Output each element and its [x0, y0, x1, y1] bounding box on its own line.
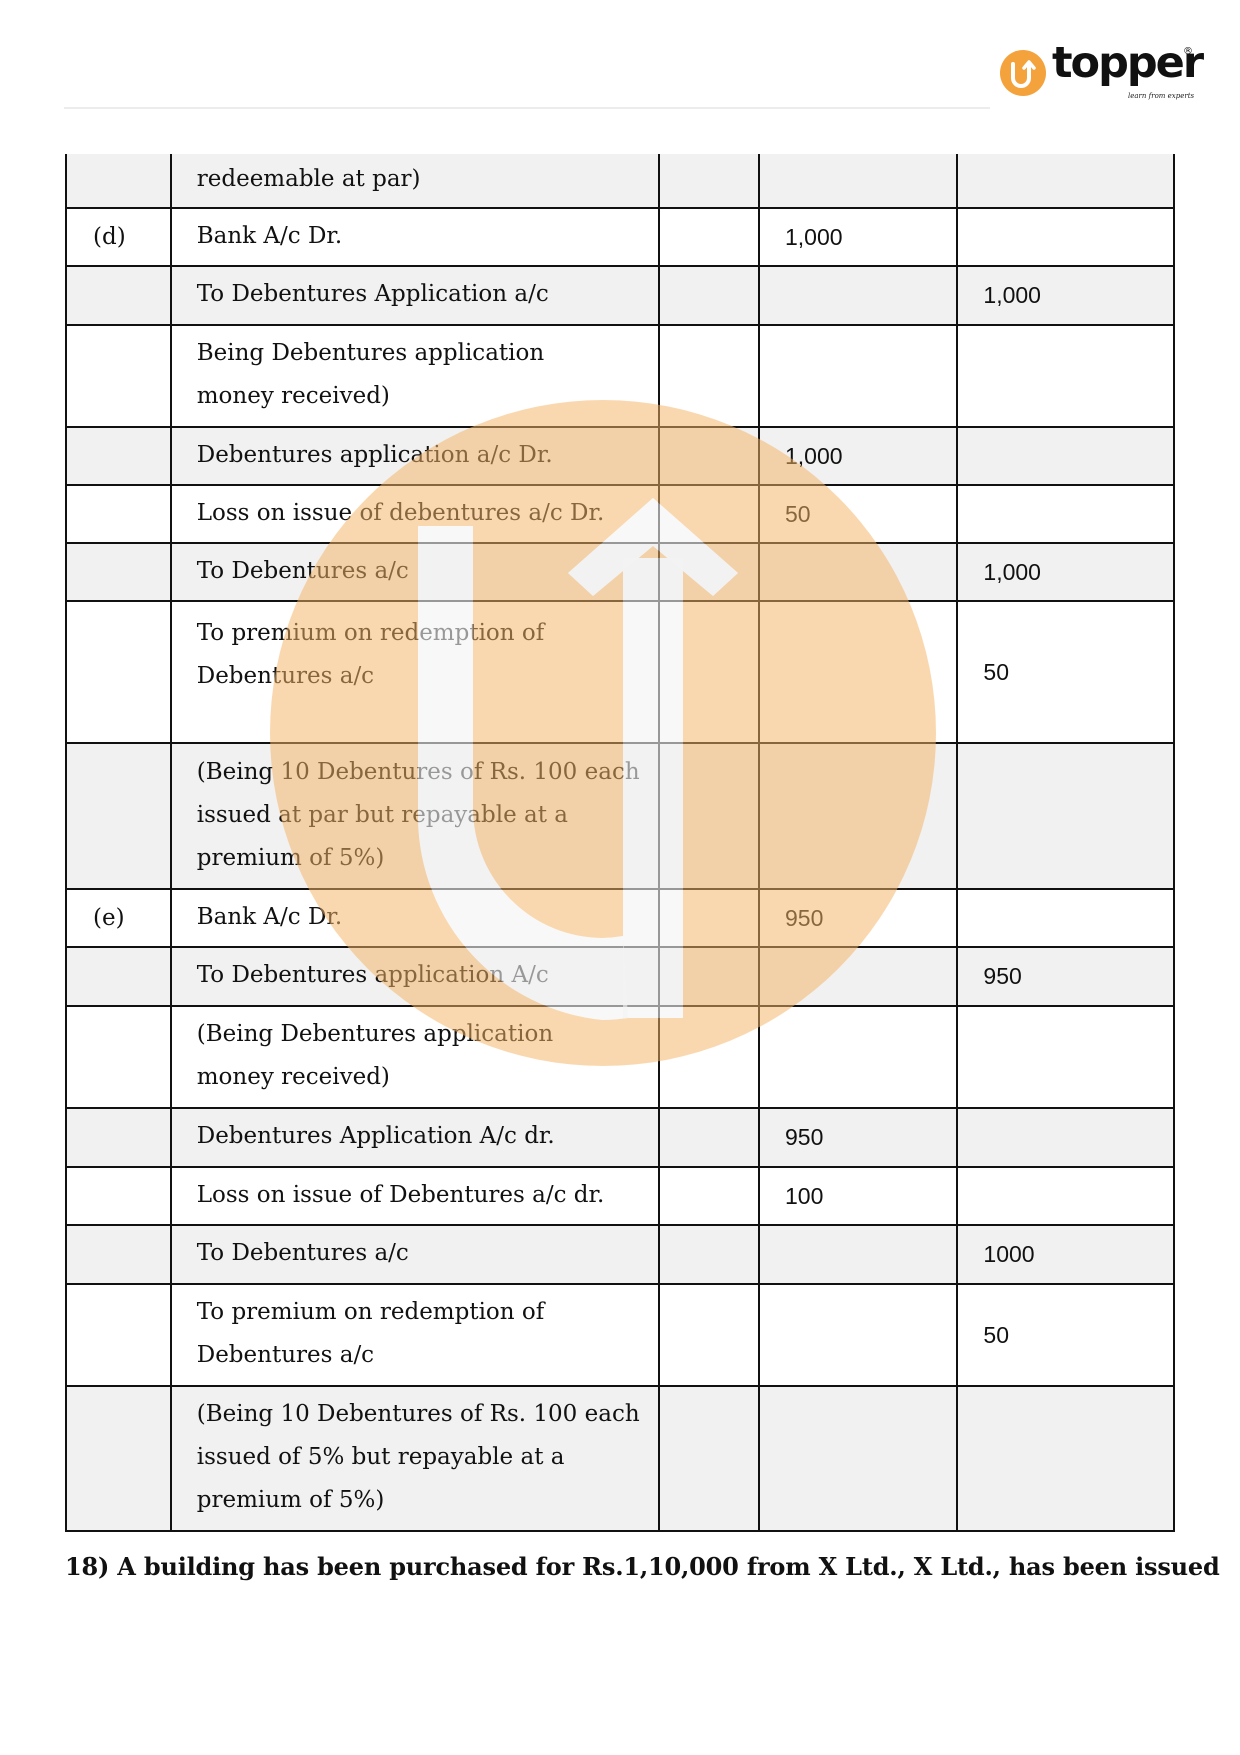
particulars-line: Bank A/c Dr. [197, 896, 659, 939]
ledger-folio-cell [659, 1108, 759, 1167]
credit-amount-cell [957, 1167, 1174, 1225]
entry-label-cell [66, 325, 171, 427]
particulars-line: To premium on redemption of [197, 1291, 659, 1334]
particulars-line: issued at par but repayable at a [197, 794, 659, 837]
particulars-line: (Being Debentures application [197, 1013, 659, 1056]
ledger-folio-cell [659, 1006, 759, 1108]
credit-amount-cell [957, 1386, 1174, 1531]
entry-label-cell [66, 601, 171, 743]
u-arrow-logo-icon [1000, 50, 1046, 96]
table-row: To premium on redemption ofDebentures a/… [66, 601, 1174, 743]
debit-amount-cell: 100 [759, 1167, 957, 1225]
particulars-cell: (Being Debentures applicationmoney recei… [171, 1006, 660, 1108]
particulars-cell: Being Debentures applicationmoney receiv… [171, 325, 660, 427]
particulars-line: premium of 5%) [197, 1479, 659, 1522]
ledger-folio-cell [659, 208, 759, 266]
particulars-cell: To Debentures a/c [171, 543, 660, 601]
entry-label-cell [66, 1006, 171, 1108]
debit-amount-cell: 1,000 [759, 208, 957, 266]
entry-label-cell [66, 947, 171, 1006]
particulars-line: redeemable at par) [197, 158, 659, 201]
particulars-line: To Debentures Application a/c [197, 273, 659, 316]
particulars-line: Debentures Application A/c dr. [197, 1115, 659, 1158]
credit-amount-cell [957, 889, 1174, 947]
entry-label-cell: (d) [66, 208, 171, 266]
particulars-line: Being Debentures application [197, 332, 659, 375]
debit-amount-cell [759, 1386, 957, 1531]
debit-amount-cell [759, 325, 957, 427]
particulars-line: issued of 5% but repayable at a [197, 1436, 659, 1479]
entry-label-cell [66, 1225, 171, 1284]
ledger-folio-cell [659, 889, 759, 947]
particulars-line: Loss on issue of Debentures a/c dr. [197, 1174, 659, 1217]
debit-amount-cell [759, 601, 957, 743]
debit-amount-cell [759, 543, 957, 601]
particulars-cell: Bank A/c Dr. [171, 208, 660, 266]
particulars-line: premium of 5%) [197, 837, 659, 880]
table-row: Debentures application a/c Dr.1,000 [66, 427, 1174, 485]
table-row: Loss on issue of Debentures a/c dr.100 [66, 1167, 1174, 1225]
registered-mark: ® [1183, 46, 1193, 57]
credit-amount-cell [957, 208, 1174, 266]
entry-label-cell [66, 543, 171, 601]
particulars-line: (Being 10 Debentures of Rs. 100 each [197, 751, 659, 794]
journal-entries-table: redeemable at par)(d)Bank A/c Dr.1,000To… [65, 154, 1175, 1532]
ledger-folio-cell [659, 485, 759, 543]
brand-name: topper [1052, 42, 1202, 85]
table-row: (Being 10 Debentures of Rs. 100 eachissu… [66, 1386, 1174, 1531]
entry-label-cell [66, 427, 171, 485]
table-row: Being Debentures applicationmoney receiv… [66, 325, 1174, 427]
particulars-cell: Debentures Application A/c dr. [171, 1108, 660, 1167]
credit-amount-cell: 1,000 [957, 543, 1174, 601]
debit-amount-cell: 1,000 [759, 427, 957, 485]
particulars-cell: To Debentures Application a/c [171, 266, 660, 325]
table-row: To Debentures a/c1000 [66, 1225, 1174, 1284]
particulars-cell: To Debentures application A/c [171, 947, 660, 1006]
credit-amount-cell [957, 154, 1174, 208]
debit-amount-cell [759, 154, 957, 208]
debit-amount-cell [759, 266, 957, 325]
credit-amount-cell: 1000 [957, 1225, 1174, 1284]
table-row: (Being 10 Debentures of Rs. 100 eachissu… [66, 743, 1174, 889]
brand-tagline: learn from experts [1128, 92, 1194, 100]
credit-amount-cell [957, 485, 1174, 543]
debit-amount-cell [759, 1284, 957, 1386]
particulars-cell: To premium on redemption ofDebentures a/… [171, 1284, 660, 1386]
ledger-folio-cell [659, 743, 759, 889]
particulars-line: To Debentures application A/c [197, 954, 659, 997]
debit-amount-cell [759, 947, 957, 1006]
credit-amount-cell: 950 [957, 947, 1174, 1006]
entry-label-cell: (e) [66, 889, 171, 947]
credit-amount-cell: 50 [957, 601, 1174, 743]
ledger-folio-cell [659, 947, 759, 1006]
debit-amount-cell: 950 [759, 1108, 957, 1167]
table-row: Debentures Application A/c dr.950 [66, 1108, 1174, 1167]
particulars-line: To Debentures a/c [197, 1232, 659, 1275]
particulars-cell: To premium on redemption ofDebentures a/… [171, 601, 660, 743]
table-row: To Debentures a/c1,000 [66, 543, 1174, 601]
ledger-folio-cell [659, 1386, 759, 1531]
entry-label-cell [66, 743, 171, 889]
table-row: (Being Debentures applicationmoney recei… [66, 1006, 1174, 1108]
entry-label-cell [66, 1284, 171, 1386]
entry-label-cell [66, 266, 171, 325]
credit-amount-cell [957, 743, 1174, 889]
table-row: To Debentures application A/c950 [66, 947, 1174, 1006]
particulars-line: To Debentures a/c [197, 550, 659, 593]
particulars-cell: Loss on issue of debentures a/c Dr. [171, 485, 660, 543]
particulars-line: To premium on redemption of [197, 612, 659, 655]
entry-label-cell [66, 1386, 171, 1531]
particulars-line: money received) [197, 1056, 659, 1099]
credit-amount-cell [957, 1108, 1174, 1167]
particulars-line: Debentures a/c [197, 655, 659, 698]
ledger-folio-cell [659, 601, 759, 743]
table-row: To premium on redemption ofDebentures a/… [66, 1284, 1174, 1386]
table-row: redeemable at par) [66, 154, 1174, 208]
entry-label-cell [66, 1108, 171, 1167]
credit-amount-cell [957, 1006, 1174, 1108]
ledger-folio-cell [659, 154, 759, 208]
credit-amount-cell: 1,000 [957, 266, 1174, 325]
debit-amount-cell: 950 [759, 889, 957, 947]
debit-amount-cell [759, 743, 957, 889]
header-divider [64, 107, 990, 109]
table-row: Loss on issue of debentures a/c Dr.50 [66, 485, 1174, 543]
entry-label-cell [66, 154, 171, 208]
ledger-folio-cell [659, 1167, 759, 1225]
entry-label-cell [66, 1167, 171, 1225]
particulars-line: Debentures a/c [197, 1334, 659, 1377]
debit-amount-cell: 50 [759, 485, 957, 543]
topper-logo: topper ® learn from experts [1000, 46, 1200, 106]
particulars-cell: Loss on issue of Debentures a/c dr. [171, 1167, 660, 1225]
particulars-line: (Being 10 Debentures of Rs. 100 each [197, 1393, 659, 1436]
ledger-folio-cell [659, 1284, 759, 1386]
credit-amount-cell: 50 [957, 1284, 1174, 1386]
ledger-folio-cell [659, 266, 759, 325]
table-row: (e)Bank A/c Dr.950 [66, 889, 1174, 947]
particulars-line: Debentures application a/c Dr. [197, 434, 659, 477]
particulars-line: Loss on issue of debentures a/c Dr. [197, 492, 659, 535]
table-row: To Debentures Application a/c1,000 [66, 266, 1174, 325]
particulars-cell: (Being 10 Debentures of Rs. 100 eachissu… [171, 743, 660, 889]
debit-amount-cell [759, 1006, 957, 1108]
particulars-cell: Bank A/c Dr. [171, 889, 660, 947]
entry-label-cell [66, 485, 171, 543]
particulars-cell: Debentures application a/c Dr. [171, 427, 660, 485]
credit-amount-cell [957, 325, 1174, 427]
ledger-folio-cell [659, 325, 759, 427]
particulars-line: money received) [197, 375, 659, 418]
ledger-folio-cell [659, 543, 759, 601]
particulars-cell: To Debentures a/c [171, 1225, 660, 1284]
ledger-folio-cell [659, 427, 759, 485]
debit-amount-cell [759, 1225, 957, 1284]
particulars-cell: (Being 10 Debentures of Rs. 100 eachissu… [171, 1386, 660, 1531]
particulars-cell: redeemable at par) [171, 154, 660, 208]
ledger-folio-cell [659, 1225, 759, 1284]
table-row: (d)Bank A/c Dr.1,000 [66, 208, 1174, 266]
particulars-line: Bank A/c Dr. [197, 215, 659, 258]
credit-amount-cell [957, 427, 1174, 485]
question-18-text: 18) A building has been purchased for Rs… [65, 1552, 1220, 1581]
